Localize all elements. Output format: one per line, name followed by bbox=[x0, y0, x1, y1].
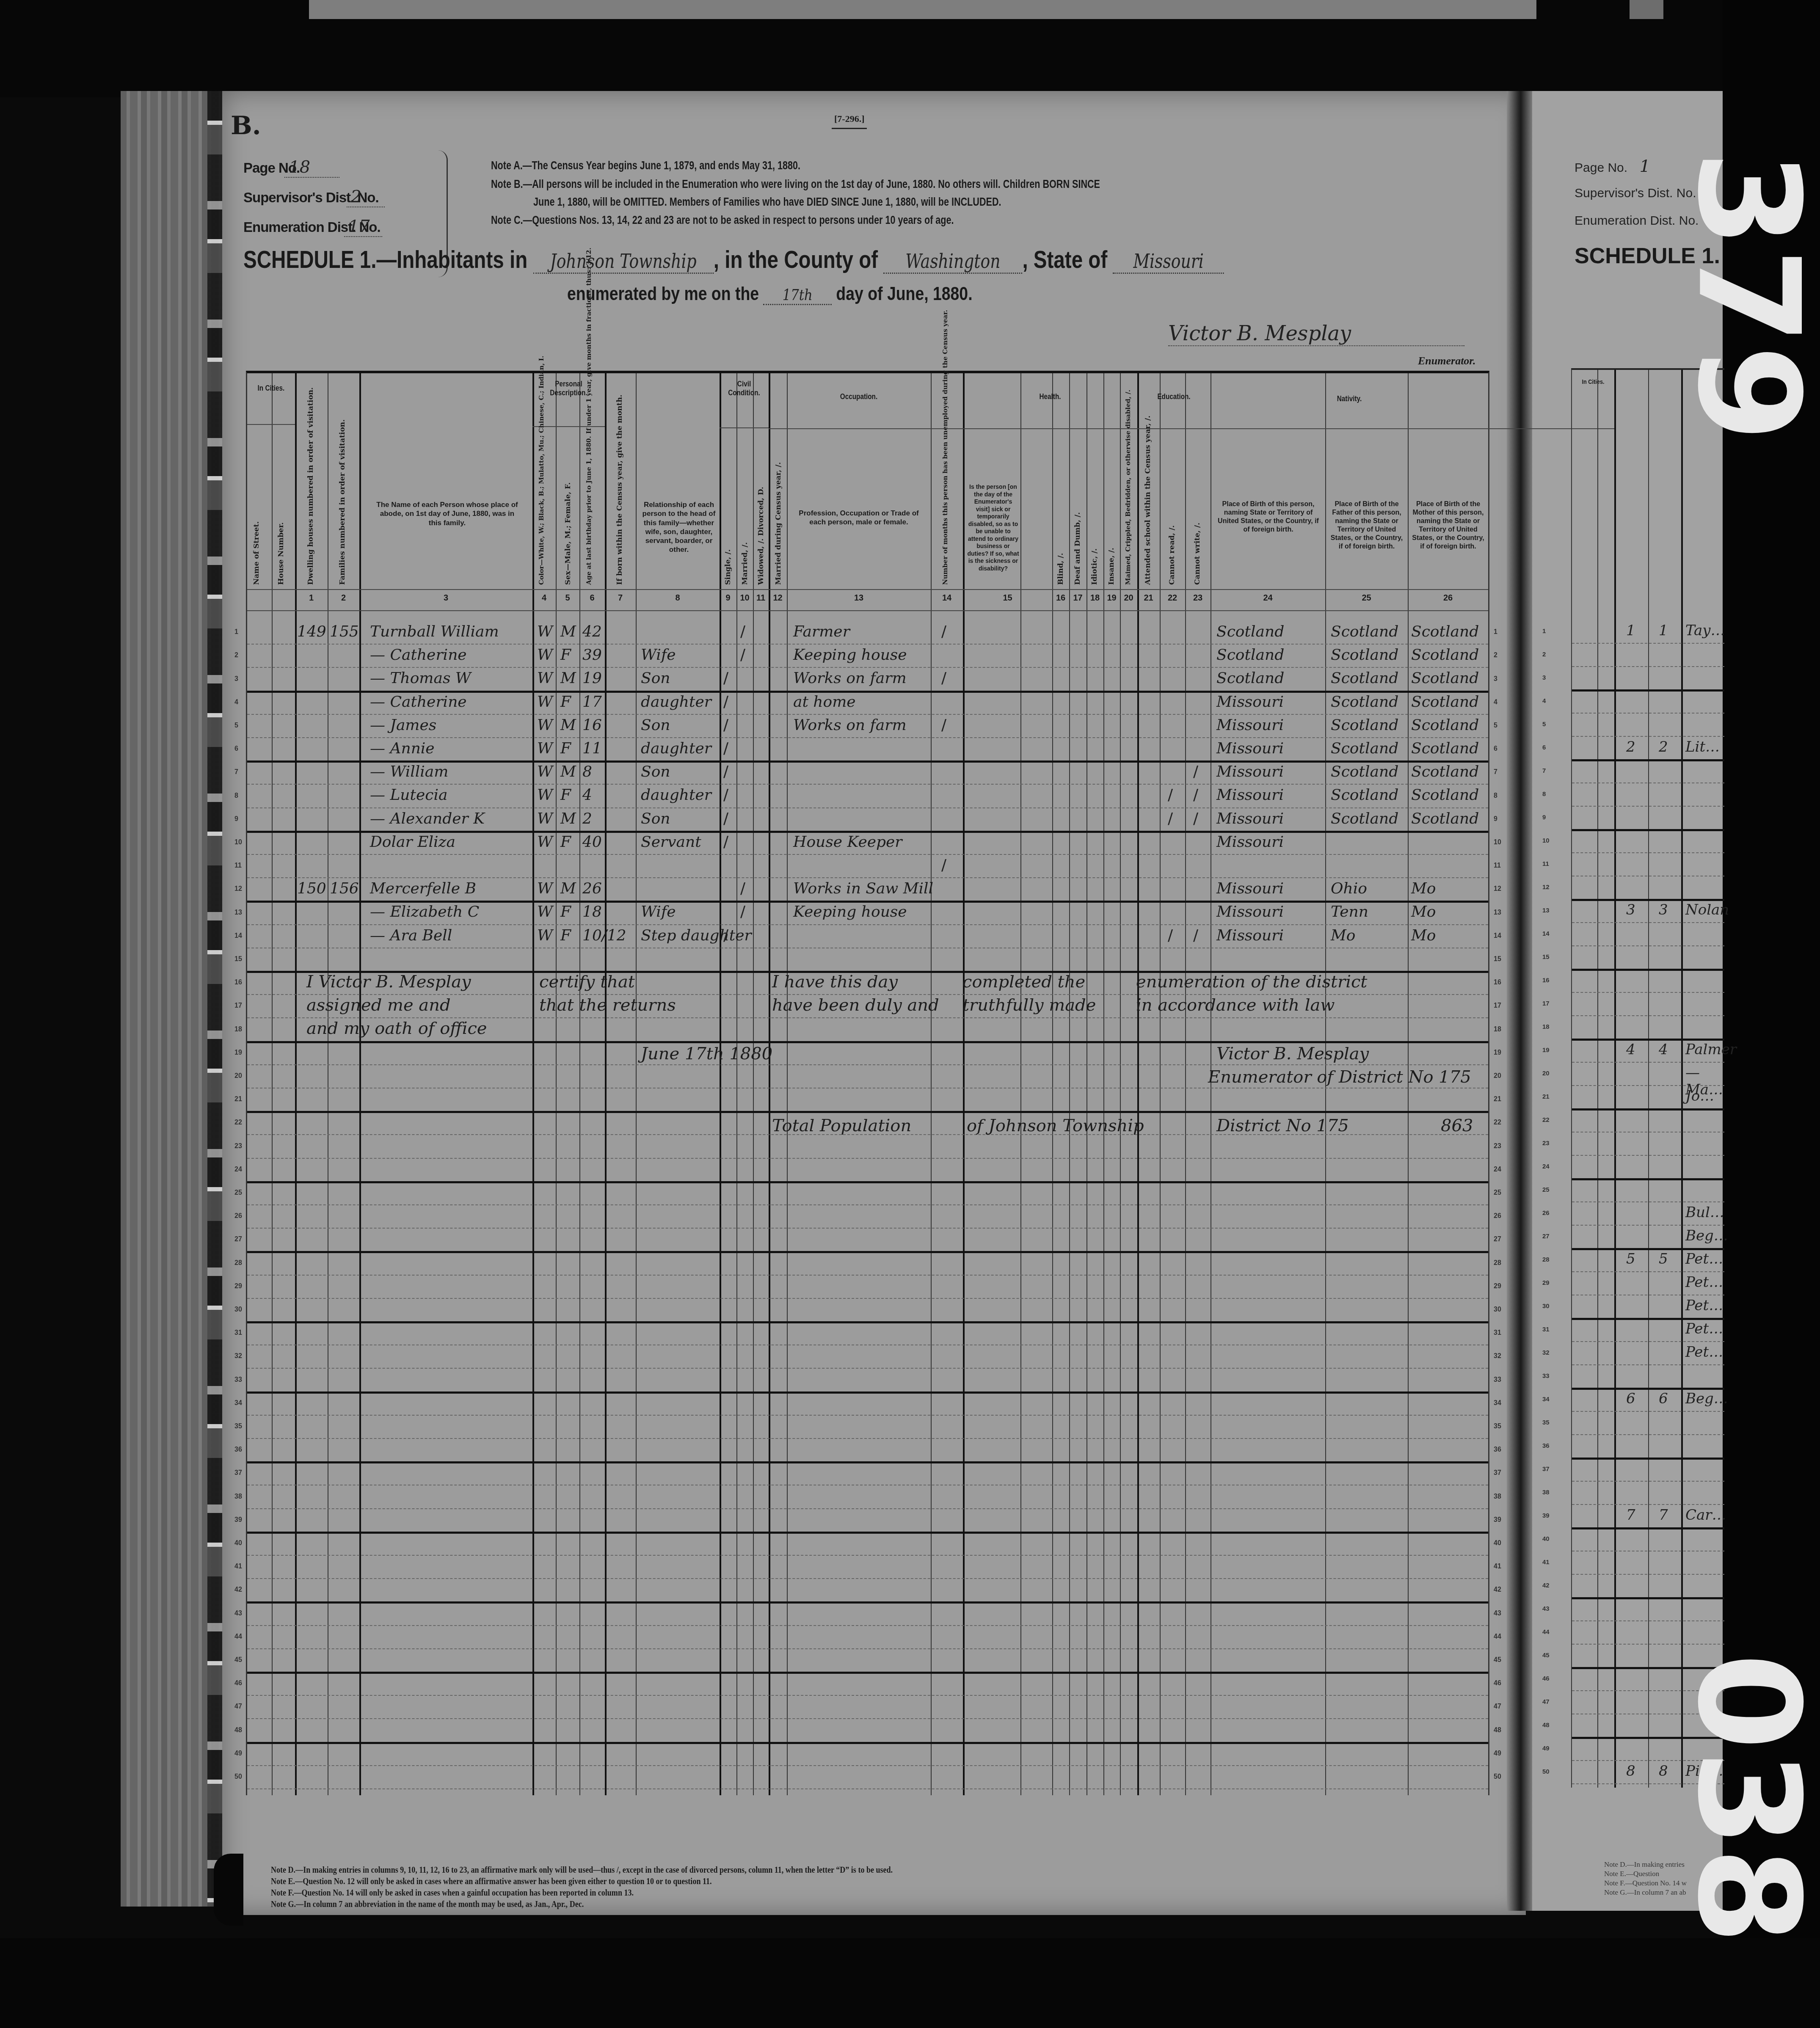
row-number-right: 13 bbox=[1494, 909, 1501, 917]
row-number-left: 8 bbox=[234, 792, 238, 800]
right-row-number: 4 bbox=[1542, 697, 1546, 705]
mark-single: / bbox=[723, 810, 728, 827]
cell-color: W bbox=[537, 786, 553, 804]
cert-line17-d: truthfully made bbox=[962, 995, 1096, 1015]
right-row-rule bbox=[1572, 876, 1724, 877]
film-blemish bbox=[214, 1854, 243, 1926]
right-row-number: 5 bbox=[1542, 721, 1546, 728]
cell-sex: F bbox=[560, 646, 571, 664]
header-sex: Sex—Male, M.; Female, F. bbox=[564, 454, 572, 585]
cell-color: W bbox=[537, 880, 553, 897]
row-number-right: 1 bbox=[1494, 628, 1497, 636]
row-number-left: 10 bbox=[234, 839, 242, 846]
cell-age: 26 bbox=[582, 880, 602, 897]
right-row-number: 3 bbox=[1542, 674, 1546, 681]
row-rule bbox=[247, 1158, 1488, 1159]
group-health: Health. bbox=[976, 392, 1124, 401]
right-row-rule bbox=[1572, 992, 1724, 993]
row-number-right: 39 bbox=[1494, 1516, 1501, 1524]
schedule-title: SCHEDULE 1.—Inhabitants in Johnson Towns… bbox=[243, 245, 1224, 274]
right-row-number: 36 bbox=[1542, 1442, 1550, 1449]
column-number: 26 bbox=[1408, 593, 1488, 603]
cell-color: W bbox=[537, 740, 553, 757]
row-number-right: 44 bbox=[1494, 1633, 1501, 1641]
cell-color: W bbox=[537, 670, 553, 687]
note-e: Note E.—Question No. 12 will only be ask… bbox=[271, 1876, 712, 1887]
cell-occupation: Works in Saw Mill bbox=[793, 880, 933, 897]
header-maimed: Maimed, Crippled, Bedridden, or otherwis… bbox=[1124, 433, 1132, 585]
row-number-left: 13 bbox=[234, 909, 242, 917]
cell-dwelling-number: 150 bbox=[297, 880, 326, 897]
column-number: 9 bbox=[720, 593, 736, 603]
census-table: In Cities. Personal Description. Civil C… bbox=[246, 371, 1489, 1795]
supervisor-district-field: Supervisor's Dist. No. 2 bbox=[243, 187, 385, 207]
cell-father-birthplace: Ohio bbox=[1331, 880, 1367, 897]
film-number-bottom: 038 bbox=[1676, 1566, 1820, 2028]
cell-birthplace: Missouri bbox=[1216, 903, 1284, 920]
column-number: 15 bbox=[963, 593, 1052, 603]
cell-age: 11 bbox=[582, 740, 602, 757]
right-row-number: 18 bbox=[1542, 1023, 1550, 1031]
cell-age: 42 bbox=[582, 623, 602, 640]
right-dwelling-number: 8 bbox=[1626, 1763, 1635, 1780]
right-row-number: 37 bbox=[1542, 1466, 1550, 1473]
row-number-right: 17 bbox=[1494, 1002, 1501, 1010]
cell-color: W bbox=[537, 763, 553, 780]
right-row-rule bbox=[1572, 1341, 1724, 1342]
row-rule bbox=[247, 1181, 1488, 1184]
cell-mother-birthplace: Scotland bbox=[1411, 763, 1479, 780]
row-number-left: 39 bbox=[234, 1516, 242, 1524]
film-number-top: 379 bbox=[1676, 0, 1820, 592]
right-person-name: Palmer bbox=[1685, 1041, 1737, 1058]
row-rule bbox=[247, 1064, 1488, 1066]
row-rule bbox=[247, 1555, 1488, 1556]
column-number: 2 bbox=[328, 593, 359, 603]
right-row-number: 27 bbox=[1542, 1233, 1550, 1240]
row-rule bbox=[247, 1251, 1488, 1254]
row-number-left: 6 bbox=[234, 745, 238, 753]
cell-sex: M bbox=[560, 670, 576, 687]
row-number-right: 19 bbox=[1494, 1049, 1501, 1057]
mark-cannot-read: / bbox=[1168, 927, 1173, 944]
right-row-number: 17 bbox=[1542, 1000, 1550, 1007]
cell-person-name: — Alexander K bbox=[370, 810, 485, 827]
right-page-number-value: 1 bbox=[1639, 157, 1650, 176]
cert-line17-e: in accordance with law bbox=[1136, 995, 1335, 1015]
row-number-left: 34 bbox=[234, 1400, 242, 1407]
mark-unemployed: / bbox=[941, 857, 946, 874]
cell-birthplace: Missouri bbox=[1216, 763, 1284, 780]
mark-unemployed: / bbox=[941, 623, 946, 640]
row-rule bbox=[247, 1438, 1488, 1439]
row-number-left: 20 bbox=[234, 1072, 242, 1080]
right-row-number: 32 bbox=[1542, 1349, 1550, 1356]
cell-relationship: daughter bbox=[641, 740, 711, 757]
right-family-number: 6 bbox=[1659, 1390, 1668, 1407]
row-rule bbox=[247, 1788, 1488, 1790]
note-f: Note F.—Question No. 14 will only be ask… bbox=[271, 1887, 634, 1898]
cell-birthplace: Missouri bbox=[1216, 927, 1284, 944]
column-number: 12 bbox=[769, 593, 787, 603]
header-house-number: House Number. bbox=[277, 500, 285, 585]
row-number-right: 29 bbox=[1494, 1283, 1501, 1290]
right-person-name: Pet… bbox=[1685, 1320, 1723, 1337]
cell-sex: F bbox=[560, 740, 571, 757]
row-number-right: 25 bbox=[1494, 1189, 1501, 1197]
row-number-left: 18 bbox=[234, 1026, 242, 1033]
right-row-rule bbox=[1572, 1155, 1724, 1156]
county-value: Washington bbox=[883, 250, 1022, 274]
row-number-right: 6 bbox=[1494, 745, 1497, 753]
right-row-number: 25 bbox=[1542, 1186, 1550, 1193]
right-person-name: Pet… bbox=[1685, 1274, 1723, 1291]
group-education: Education. bbox=[1143, 392, 1205, 401]
cell-color: W bbox=[537, 693, 553, 711]
mark-single: / bbox=[723, 927, 728, 944]
row-number-right: 32 bbox=[1494, 1353, 1501, 1360]
cell-relationship: Son bbox=[641, 716, 670, 734]
header-cannot-read: Cannot read, /. bbox=[1168, 500, 1176, 585]
right-row-rule bbox=[1572, 1062, 1724, 1063]
cell-mother-birthplace: Scotland bbox=[1411, 623, 1479, 640]
cell-mother-birthplace: Scotland bbox=[1411, 646, 1479, 664]
cell-father-birthplace: Scotland bbox=[1331, 623, 1398, 640]
state-value: Missouri bbox=[1113, 250, 1224, 274]
row-number-left: 47 bbox=[234, 1703, 242, 1711]
header-father-birthplace: Place of Birth of the Father of this per… bbox=[1329, 500, 1405, 551]
column-number: 19 bbox=[1103, 593, 1120, 603]
row-rule bbox=[247, 948, 1488, 949]
right-row-number: 22 bbox=[1542, 1116, 1550, 1124]
cell-age: 4 bbox=[582, 786, 592, 804]
header-born-census-year: If born within the Census year, give the… bbox=[615, 433, 624, 585]
cell-age: 18 bbox=[582, 903, 602, 920]
row-rule bbox=[247, 877, 1488, 879]
column-number: 25 bbox=[1325, 593, 1408, 603]
row-number-right: 50 bbox=[1494, 1773, 1501, 1781]
row-number-right: 46 bbox=[1494, 1680, 1501, 1687]
group-in-cities: In Cities. bbox=[251, 384, 291, 393]
page-number-field: Page No. 18 bbox=[243, 157, 339, 178]
page-number-value: 18 bbox=[284, 157, 339, 178]
row-rule bbox=[247, 1321, 1488, 1324]
row-number-left: 32 bbox=[234, 1353, 242, 1360]
column-number: 18 bbox=[1086, 593, 1103, 603]
cell-person-name: — William bbox=[370, 763, 448, 780]
column-number: 17 bbox=[1069, 593, 1086, 603]
header-months-unemployed: Number of months this person has been un… bbox=[941, 433, 949, 585]
cell-father-birthplace: Scotland bbox=[1331, 670, 1398, 687]
right-row-number: 2 bbox=[1542, 651, 1546, 658]
row-rule bbox=[247, 1672, 1488, 1674]
mark-cannot-read: / bbox=[1168, 810, 1173, 827]
row-number-right: 48 bbox=[1494, 1727, 1501, 1734]
right-row-number: 9 bbox=[1542, 814, 1546, 821]
note-d: Note D.—In making entries in columns 9, … bbox=[271, 1864, 893, 1875]
enumerator-signature: Victor B. Mesplay bbox=[1168, 322, 1464, 346]
right-row-number: 41 bbox=[1542, 1559, 1550, 1566]
mark-single: / bbox=[723, 786, 728, 804]
mark-cannot-write: / bbox=[1193, 763, 1198, 780]
row-number-left: 9 bbox=[234, 816, 238, 823]
column-number: 6 bbox=[579, 593, 605, 603]
group-nativity: Nativity. bbox=[1231, 394, 1467, 403]
cell-color: W bbox=[537, 623, 553, 640]
right-family-number: 7 bbox=[1659, 1507, 1668, 1524]
row-number-left: 30 bbox=[234, 1306, 242, 1314]
row-number-right: 16 bbox=[1494, 979, 1501, 986]
right-row-number: 47 bbox=[1542, 1698, 1550, 1706]
right-row-rule bbox=[1572, 1527, 1724, 1530]
cell-sex: F bbox=[560, 786, 571, 804]
cell-father-birthplace: Scotland bbox=[1331, 740, 1398, 757]
row-number-right: 15 bbox=[1494, 956, 1501, 963]
cert-line16-e: enumeration of the district bbox=[1136, 972, 1367, 992]
right-row-number: 33 bbox=[1542, 1372, 1550, 1380]
row-number-right: 8 bbox=[1494, 792, 1497, 800]
film-number-bottom-text: 038 bbox=[1678, 1653, 1818, 1945]
form-letter: B. bbox=[231, 111, 261, 141]
row-rule bbox=[247, 807, 1488, 809]
cell-father-birthplace: Mo bbox=[1331, 927, 1356, 944]
row-number-right: 20 bbox=[1494, 1072, 1501, 1080]
row-number-right: 49 bbox=[1494, 1750, 1501, 1758]
row-number-left: 42 bbox=[234, 1586, 242, 1594]
cell-age: 10/12 bbox=[582, 927, 626, 944]
film-number-top-text: 379 bbox=[1678, 151, 1818, 442]
row-number-right: 4 bbox=[1494, 699, 1497, 706]
right-row-rule bbox=[1572, 1551, 1724, 1552]
row-rule bbox=[247, 1275, 1488, 1276]
right-dwelling-number: 6 bbox=[1626, 1390, 1635, 1407]
header-relationship: Relationship of each person to the head … bbox=[641, 500, 717, 554]
row-rule bbox=[247, 1368, 1488, 1369]
cell-age: 16 bbox=[582, 716, 602, 734]
cert-line17-a: assigned me and bbox=[306, 995, 451, 1015]
township-value: Johnson Township bbox=[533, 250, 713, 274]
right-family-number: 3 bbox=[1659, 901, 1668, 918]
header-insane: Insane, /. bbox=[1107, 534, 1116, 585]
row-number-right: 34 bbox=[1494, 1400, 1501, 1407]
book-gutter bbox=[1507, 91, 1532, 1911]
row-rule bbox=[247, 1532, 1488, 1534]
right-row-rule bbox=[1572, 852, 1724, 854]
row-number-right: 45 bbox=[1494, 1656, 1501, 1664]
cell-sex: M bbox=[560, 623, 576, 640]
cell-relationship: Step daughter bbox=[641, 927, 752, 944]
row-rule bbox=[247, 1461, 1488, 1464]
header-occupation: Profession, Occupation or Trade of each … bbox=[793, 509, 924, 527]
right-row-rule bbox=[1572, 643, 1724, 644]
row-number-left: 22 bbox=[234, 1119, 242, 1127]
right-person-name: Tay… bbox=[1685, 622, 1725, 639]
row-number-left: 3 bbox=[234, 675, 238, 683]
row-rule bbox=[247, 1718, 1488, 1719]
cell-sex: M bbox=[560, 810, 576, 827]
row-rule bbox=[247, 1508, 1488, 1510]
right-page-number-label: Page No. bbox=[1575, 161, 1627, 175]
row-number-left: 24 bbox=[234, 1166, 242, 1174]
right-person-name: Lit… bbox=[1685, 738, 1720, 755]
mark-married: / bbox=[740, 903, 745, 920]
cell-age: 17 bbox=[582, 693, 602, 711]
row-number-left: 28 bbox=[234, 1259, 242, 1267]
row-number-right: 5 bbox=[1494, 722, 1497, 730]
row-rule bbox=[247, 1625, 1488, 1626]
cell-birthplace: Scotland bbox=[1216, 670, 1284, 687]
right-row-rule bbox=[1572, 1458, 1724, 1460]
right-row-rule bbox=[1572, 945, 1724, 947]
column-number: 10 bbox=[736, 593, 753, 603]
row-number-right: 35 bbox=[1494, 1423, 1501, 1430]
right-row-number: 50 bbox=[1542, 1768, 1550, 1775]
column-number: 13 bbox=[787, 593, 931, 603]
mark-single: / bbox=[723, 740, 728, 757]
right-row-rule bbox=[1572, 759, 1724, 762]
column-number: 8 bbox=[636, 593, 720, 603]
row-number-right: 31 bbox=[1494, 1329, 1501, 1337]
right-row-rule bbox=[1572, 1434, 1724, 1436]
state-prefix: , State of bbox=[1022, 246, 1107, 273]
enumerated-suffix: day of June, 1880. bbox=[836, 284, 972, 304]
cert-date: June 17th 1880 bbox=[641, 1044, 772, 1064]
cell-relationship: Son bbox=[641, 670, 670, 687]
right-row-number: 13 bbox=[1542, 907, 1550, 914]
enumerated-prefix: enumerated by me on the bbox=[567, 284, 759, 304]
row-number-left: 25 bbox=[234, 1189, 242, 1197]
row-rule bbox=[247, 1391, 1488, 1394]
right-row-number: 40 bbox=[1542, 1535, 1550, 1543]
cert-line16-d: completed the bbox=[962, 972, 1085, 992]
column-number: 14 bbox=[931, 593, 963, 603]
right-family-number: 2 bbox=[1659, 738, 1668, 755]
cell-age: 19 bbox=[582, 670, 602, 687]
row-number-right: 12 bbox=[1494, 885, 1501, 893]
row-number-left: 29 bbox=[234, 1283, 242, 1290]
row-number-left: 16 bbox=[234, 979, 242, 986]
cell-father-birthplace: Tenn bbox=[1331, 903, 1368, 920]
right-row-rule bbox=[1572, 969, 1724, 971]
row-number-right: 18 bbox=[1494, 1026, 1501, 1033]
right-row-number: 29 bbox=[1542, 1279, 1550, 1287]
right-row-rule bbox=[1572, 806, 1724, 807]
row-number-left: 27 bbox=[234, 1236, 242, 1243]
column-number: 3 bbox=[359, 593, 532, 603]
mark-married: / bbox=[740, 623, 745, 640]
cell-sex: F bbox=[560, 927, 571, 944]
cell-birthplace: Missouri bbox=[1216, 786, 1284, 804]
cell-person-name: — Lutecia bbox=[370, 786, 447, 804]
right-row-rule bbox=[1572, 1132, 1724, 1133]
right-dwelling-number: 5 bbox=[1626, 1251, 1635, 1267]
cell-occupation: House Keeper bbox=[793, 833, 902, 851]
cell-birthplace: Missouri bbox=[1216, 740, 1284, 757]
right-row-rule bbox=[1572, 1295, 1724, 1296]
row-number-left: 17 bbox=[234, 1002, 242, 1010]
cell-sex: F bbox=[560, 833, 571, 851]
cell-occupation: at home bbox=[793, 693, 856, 711]
column-number: 23 bbox=[1185, 593, 1211, 603]
right-person-name: Pet… bbox=[1685, 1251, 1723, 1267]
row-rule bbox=[247, 1578, 1488, 1579]
right-person-name: Bul… bbox=[1685, 1204, 1724, 1221]
cell-family-number: 156 bbox=[330, 880, 359, 897]
binding-edge bbox=[207, 91, 223, 1907]
row-rule bbox=[247, 1601, 1488, 1604]
cell-father-birthplace: Scotland bbox=[1331, 693, 1398, 711]
right-row-rule bbox=[1572, 1201, 1724, 1203]
mark-unemployed: / bbox=[941, 670, 946, 687]
cell-birthplace: Missouri bbox=[1216, 716, 1284, 734]
cell-age: 8 bbox=[582, 763, 592, 780]
row-number-left: 48 bbox=[234, 1727, 242, 1734]
note-g: Note G.—In column 7 an abbreviation in t… bbox=[271, 1898, 584, 1910]
right-row-number: 28 bbox=[1542, 1256, 1550, 1263]
cell-color: W bbox=[537, 716, 553, 734]
row-rule bbox=[247, 714, 1488, 715]
row-number-right: 37 bbox=[1494, 1469, 1501, 1477]
note-a: Note A.—The Census Year begins June 1, 1… bbox=[491, 159, 800, 172]
row-number-right: 38 bbox=[1494, 1493, 1501, 1501]
cell-color: W bbox=[537, 903, 553, 920]
enumerator-label: Enumerator. bbox=[1418, 355, 1476, 367]
row-number-left: 37 bbox=[234, 1469, 242, 1477]
row-number-right: 10 bbox=[1494, 839, 1501, 846]
right-row-rule bbox=[1572, 1015, 1724, 1017]
schedule-prefix: SCHEDULE 1.—Inhabitants in bbox=[243, 246, 527, 273]
cell-mother-birthplace: Scotland bbox=[1411, 810, 1479, 827]
right-row-number: 31 bbox=[1542, 1326, 1550, 1333]
header-age: Age at last birthday prior to June 1, 18… bbox=[585, 433, 593, 585]
cell-color: W bbox=[537, 833, 553, 851]
right-row-number: 14 bbox=[1542, 930, 1550, 937]
mark-single: / bbox=[723, 763, 728, 780]
right-row-rule bbox=[1572, 1271, 1724, 1273]
cell-person-name: Mercerfelle B bbox=[370, 880, 476, 897]
cell-father-birthplace: Scotland bbox=[1331, 763, 1398, 780]
row-rule bbox=[247, 1088, 1488, 1089]
right-row-number: 19 bbox=[1542, 1047, 1550, 1054]
column-number: 1 bbox=[295, 593, 328, 603]
right-row-rule bbox=[1572, 736, 1724, 737]
row-rule bbox=[247, 1765, 1488, 1766]
right-row-rule bbox=[1572, 829, 1724, 832]
right-row-rule bbox=[1572, 1364, 1724, 1366]
right-row-number: 16 bbox=[1542, 977, 1550, 984]
row-number-left: 12 bbox=[234, 885, 242, 893]
column-number: 16 bbox=[1052, 593, 1069, 603]
cell-father-birthplace: Scotland bbox=[1331, 786, 1398, 804]
right-person-name: Car… bbox=[1685, 1507, 1726, 1524]
right-row-number: 38 bbox=[1542, 1489, 1550, 1496]
column-number: 4 bbox=[532, 593, 556, 603]
right-row-number: 39 bbox=[1542, 1512, 1550, 1519]
row-number-right: 43 bbox=[1494, 1610, 1501, 1617]
cell-mother-birthplace: Scotland bbox=[1411, 716, 1479, 734]
right-group-in-cities: In Cities. bbox=[1575, 378, 1611, 386]
right-row-number: 43 bbox=[1542, 1605, 1550, 1612]
right-row-rule bbox=[1572, 713, 1724, 714]
group-civil-condition: Civil Condition. bbox=[723, 380, 765, 397]
cell-person-name: — Catherine bbox=[370, 693, 467, 711]
header-deaf-dumb: Deaf and Dumb, /. bbox=[1073, 500, 1082, 585]
column-number: 24 bbox=[1211, 593, 1325, 603]
header-name-of-street: Name of Street. bbox=[252, 500, 261, 585]
mark-cannot-write: / bbox=[1193, 786, 1198, 804]
cell-occupation: Works on farm bbox=[793, 716, 907, 734]
cell-relationship: Son bbox=[641, 810, 670, 827]
